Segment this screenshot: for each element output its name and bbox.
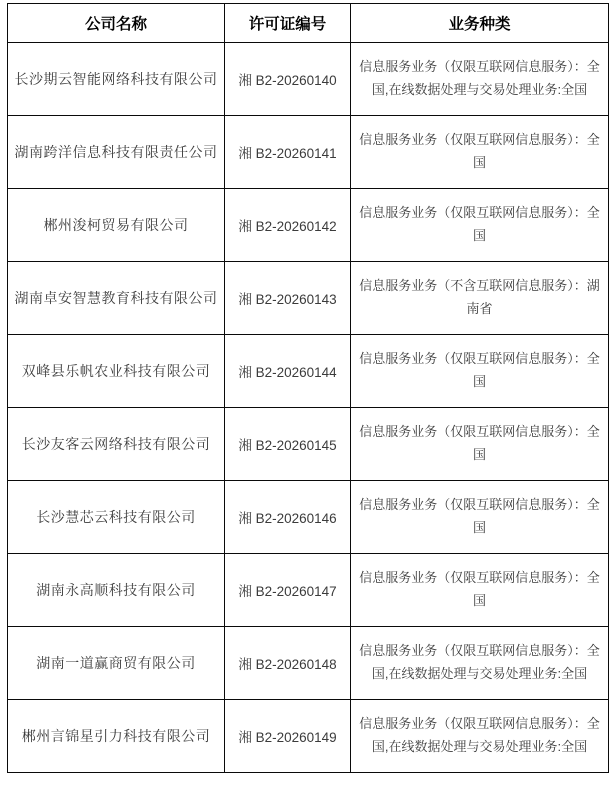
license-cell: 湘 B2-20260143 <box>225 262 351 335</box>
company-cell: 长沙慧芯云科技有限公司 <box>8 481 225 554</box>
table-row: 双峰县乐帆农业科技有限公司 湘 B2-20260144 信息服务业务（仅限互联网… <box>8 335 609 408</box>
table-row: 郴州言锦星引力科技有限公司 湘 B2-20260149 信息服务业务（仅限互联网… <box>8 700 609 773</box>
license-cell: 湘 B2-20260147 <box>225 554 351 627</box>
business-cell: 信息服务业务（仅限互联网信息服务）：全国 <box>351 116 609 189</box>
business-cell: 信息服务业务（不含互联网信息服务）：湖南省 <box>351 262 609 335</box>
table-row: 长沙慧芯云科技有限公司 湘 B2-20260146 信息服务业务（仅限互联网信息… <box>8 481 609 554</box>
business-cell: 信息服务业务（仅限互联网信息服务）：全国,在线数据处理与交易处理业务:全国 <box>351 700 609 773</box>
company-cell: 郴州言锦星引力科技有限公司 <box>8 700 225 773</box>
license-table: 公司名称 许可证编号 业务种类 长沙期云智能网络科技有限公司 湘 B2-2026… <box>7 3 609 773</box>
license-cell: 湘 B2-20260141 <box>225 116 351 189</box>
business-cell: 信息服务业务（仅限互联网信息服务）：全国 <box>351 481 609 554</box>
license-cell: 湘 B2-20260140 <box>225 43 351 116</box>
company-cell: 湖南永高顺科技有限公司 <box>8 554 225 627</box>
company-cell: 湖南卓安智慧教育科技有限公司 <box>8 262 225 335</box>
license-cell: 湘 B2-20260149 <box>225 700 351 773</box>
column-header-business: 业务种类 <box>351 4 609 43</box>
column-header-license: 许可证编号 <box>225 4 351 43</box>
business-cell: 信息服务业务（仅限互联网信息服务）：全国,在线数据处理与交易处理业务:全国 <box>351 627 609 700</box>
license-cell: 湘 B2-20260146 <box>225 481 351 554</box>
business-cell: 信息服务业务（仅限互联网信息服务）：全国 <box>351 408 609 481</box>
table-row: 长沙友客云网络科技有限公司 湘 B2-20260145 信息服务业务（仅限互联网… <box>8 408 609 481</box>
company-cell: 郴州浚柯贸易有限公司 <box>8 189 225 262</box>
business-cell: 信息服务业务（仅限互联网信息服务）：全国,在线数据处理与交易处理业务:全国 <box>351 43 609 116</box>
table-row: 湖南跨洋信息科技有限责任公司 湘 B2-20260141 信息服务业务（仅限互联… <box>8 116 609 189</box>
table-row: 湖南卓安智慧教育科技有限公司 湘 B2-20260143 信息服务业务（不含互联… <box>8 262 609 335</box>
table-row: 郴州浚柯贸易有限公司 湘 B2-20260142 信息服务业务（仅限互联网信息服… <box>8 189 609 262</box>
company-cell: 湖南一道赢商贸有限公司 <box>8 627 225 700</box>
license-cell: 湘 B2-20260142 <box>225 189 351 262</box>
license-cell: 湘 B2-20260144 <box>225 335 351 408</box>
column-header-company: 公司名称 <box>8 4 225 43</box>
company-cell: 长沙友客云网络科技有限公司 <box>8 408 225 481</box>
company-cell: 双峰县乐帆农业科技有限公司 <box>8 335 225 408</box>
license-cell: 湘 B2-20260148 <box>225 627 351 700</box>
business-cell: 信息服务业务（仅限互联网信息服务）：全国 <box>351 554 609 627</box>
company-cell: 长沙期云智能网络科技有限公司 <box>8 43 225 116</box>
page: 公司名称 许可证编号 业务种类 长沙期云智能网络科技有限公司 湘 B2-2026… <box>0 0 615 792</box>
company-cell: 湖南跨洋信息科技有限责任公司 <box>8 116 225 189</box>
business-cell: 信息服务业务（仅限互联网信息服务）：全国 <box>351 189 609 262</box>
table-row: 湖南一道赢商贸有限公司 湘 B2-20260148 信息服务业务（仅限互联网信息… <box>8 627 609 700</box>
business-cell: 信息服务业务（仅限互联网信息服务）：全国 <box>351 335 609 408</box>
header-row: 公司名称 许可证编号 业务种类 <box>8 4 609 43</box>
table-row: 湖南永高顺科技有限公司 湘 B2-20260147 信息服务业务（仅限互联网信息… <box>8 554 609 627</box>
license-cell: 湘 B2-20260145 <box>225 408 351 481</box>
table-row: 长沙期云智能网络科技有限公司 湘 B2-20260140 信息服务业务（仅限互联… <box>8 43 609 116</box>
